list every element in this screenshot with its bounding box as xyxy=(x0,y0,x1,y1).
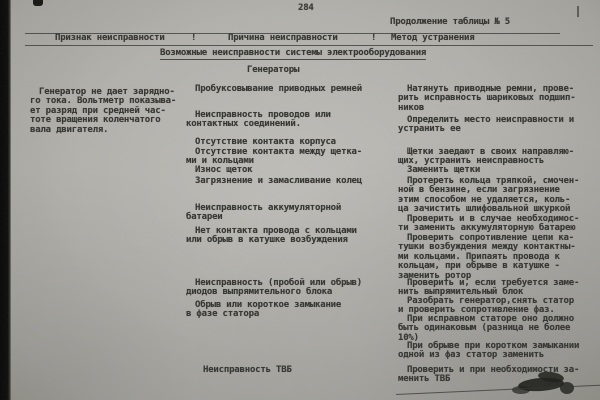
column-header-remedy: Метод устранения xyxy=(391,34,475,43)
cause-cell: Пробуксовывание приводных ремней xyxy=(186,85,398,94)
column-separator: ! xyxy=(191,34,196,43)
cause-cell: Отсутствие контакта корпуса xyxy=(186,138,398,147)
cause-cell: Отсутствие контакта между щетка- ми и ко… xyxy=(186,148,398,167)
remedy-cell: При обрыве при коротком замыкании одной … xyxy=(398,342,600,361)
cause-cell: Загрязнение и замасливание колец xyxy=(186,177,398,186)
section-title: Возможные неисправности системы электроо… xyxy=(160,49,426,60)
remedy-cell: Щетки заедают в своих направляю- щих, ус… xyxy=(398,148,600,167)
remedy-cell: Заменить щетки xyxy=(398,166,600,175)
cause-cell: Неисправность аккумуляторной батареи xyxy=(186,204,398,223)
cause-cell: Неисправность проводов или контактных со… xyxy=(186,111,398,130)
scan-speck xyxy=(577,6,579,17)
remedy-cell: Проверить сопротивление цепи ка- тушки в… xyxy=(398,234,600,281)
scan-speck xyxy=(33,0,43,6)
cause-cell: Износ щеток xyxy=(186,166,398,175)
cause-cell: Нет контакта провода с кольцами или обры… xyxy=(186,227,398,246)
remedy-cell: Протереть кольца тряпкой, смочен- ной в … xyxy=(398,177,600,215)
column-separator: ! xyxy=(371,34,376,43)
column-header-symptom: Признак неисправности xyxy=(55,34,165,43)
remedy-cell: Проверить и, если требуется заме- нить в… xyxy=(398,279,600,298)
cause-cell: Обрыв или короткое замыкание в фазе стат… xyxy=(186,301,398,320)
cause-cell: Неисправность (пробой или обрыв) диодов … xyxy=(186,279,398,298)
symptom-cell: Неисправность ТВБ xyxy=(203,366,361,375)
scanned-page: { "page": { "number": "284", "continuati… xyxy=(0,0,600,400)
ink-smudge xyxy=(560,382,574,394)
scan-edge-shadow xyxy=(0,0,11,400)
remedy-cell: При исправном статоре оно должно быть од… xyxy=(398,315,600,343)
remedy-cell: Определить место неисправности и устрани… xyxy=(398,116,600,135)
remedy-cell: Натянуть приводные ремни, прове- рить ис… xyxy=(398,85,600,113)
subsection-title: Генераторы xyxy=(247,66,299,75)
symptom-cell: Генератор не дает зарядно- го тока. Воль… xyxy=(30,88,188,135)
column-header-cause: Причина неисправности xyxy=(228,34,338,43)
remedy-cell: Проверить и в случае необходимос- ти зам… xyxy=(398,215,600,234)
remedy-cell: Разобрать генератор,снять статор и прове… xyxy=(398,297,600,316)
page-number: 284 xyxy=(298,4,314,13)
table-continuation-label: Продолжение таблицы № 5 xyxy=(390,18,510,27)
header-bottom-rule xyxy=(25,45,593,46)
